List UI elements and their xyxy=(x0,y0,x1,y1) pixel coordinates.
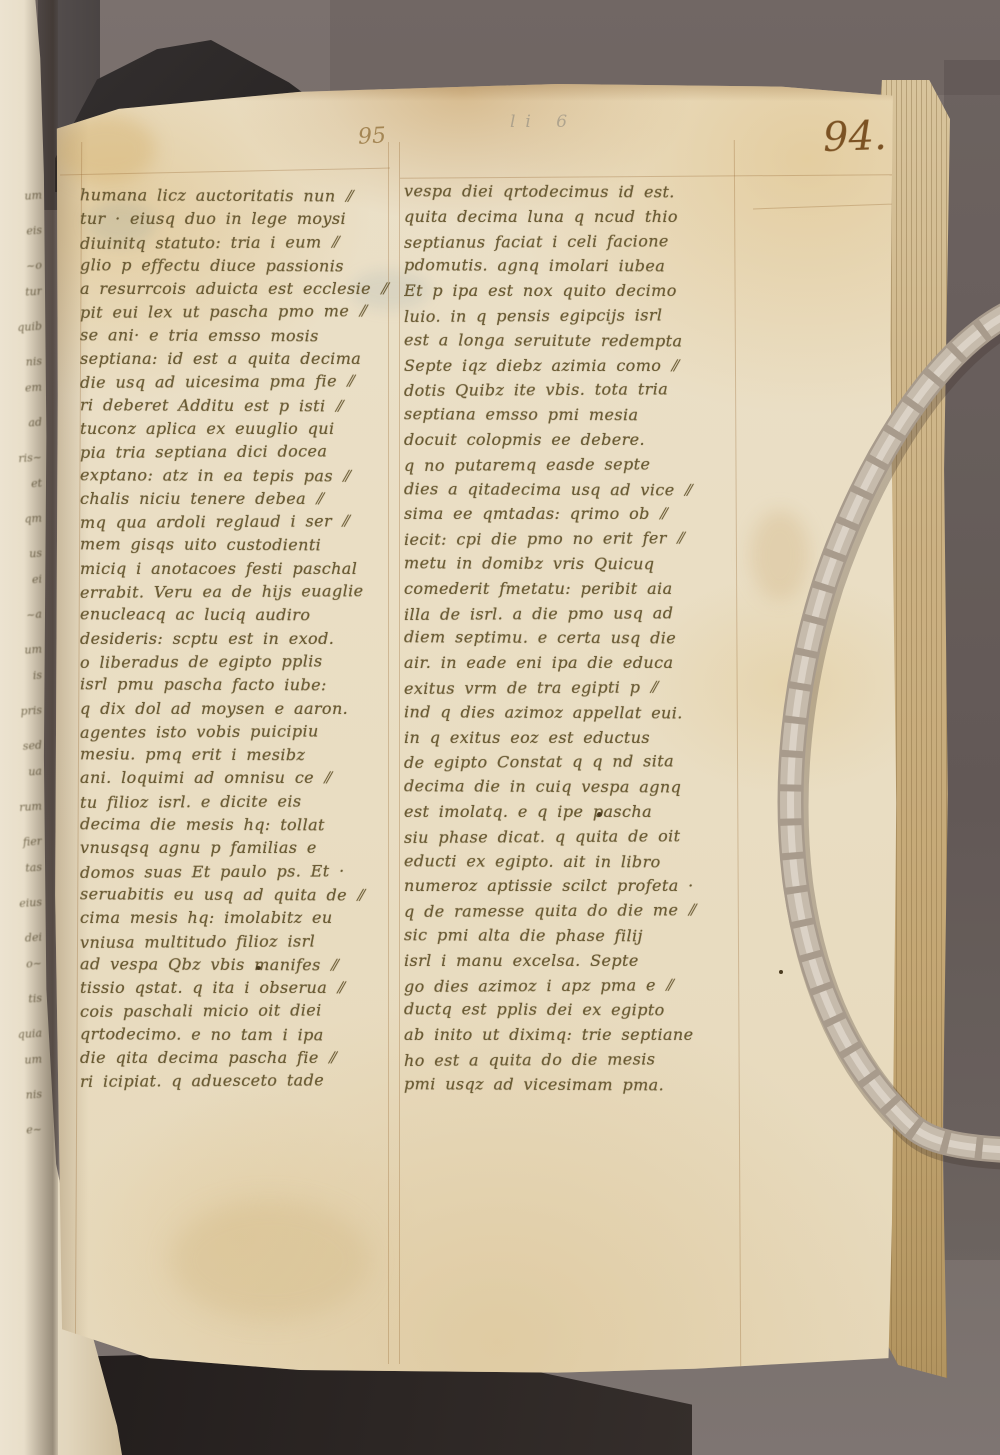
manuscript-text-line: sima ee qmtadas: qrimo ob ⫽ xyxy=(404,502,742,527)
ruling-intercolumn-b xyxy=(399,142,400,1364)
manuscript-text-line: diem septimu. e certa usq die xyxy=(404,626,742,652)
manuscript-text-line: a resurrcois aduicta est ecclesie ⫽ xyxy=(80,277,396,300)
manuscript-text-line: cima mesis hq: imolabitz eu xyxy=(80,906,396,929)
manuscript-text-line: septiana emsso pmi mesia xyxy=(404,402,742,428)
manuscript-text-line: diuinitq statuto: tria i eum ⫽ xyxy=(80,230,396,255)
manuscript-text-line: air. in eade eni ipa die educa xyxy=(404,651,742,676)
manuscript-text-line: ab inito ut diximq: trie septiane xyxy=(404,1023,742,1048)
manuscript-text-line: pmi usqz ad vicesimam pma. xyxy=(404,1072,742,1098)
manuscript-text-line: seruabitis eu usq ad quita de ⫽ xyxy=(80,882,396,907)
showthrough-stain xyxy=(86,200,156,246)
manuscript-text-line: chalis niciu tenere debea ⫽ xyxy=(80,487,396,510)
manuscript-text-line: tuconz aplica ex euuglio qui xyxy=(80,417,396,440)
manuscript-text-line: ho est a quita do die mesis xyxy=(404,1047,742,1074)
manuscript-text-line: educti ex egipto. ait in libro xyxy=(404,849,742,875)
manuscript-text-line: decima die mesis hq: tollat xyxy=(80,812,396,837)
folio-number: 94. xyxy=(822,113,887,161)
backdrop-shadow-right xyxy=(944,60,1000,1260)
manuscript-text-line: pdomutis. agnq imolari iubea xyxy=(404,254,742,280)
manuscript-text-line: pit eui lex ut pascha pmo me ⫽ xyxy=(80,300,396,325)
ruling-left-margin xyxy=(75,142,82,1364)
manuscript-text-line: ani. loquimi ad omnisu ce ⫽ xyxy=(80,766,396,789)
manuscript-text-line: die qita decima pascha fie ⫽ xyxy=(80,1046,396,1069)
manuscript-text-line: vnusqsq agnu p familias e xyxy=(80,836,396,859)
quire-mark: 95 xyxy=(357,123,386,149)
manuscript-text-line: iecit: cpi die pmo no erit fer ⫽ xyxy=(404,526,742,553)
manuscript-text-line: glio p effectu diuce passionis xyxy=(80,253,396,278)
manuscript-text-line: septiana: id est a quita decima xyxy=(80,347,396,370)
manuscript-text-line: tu filioz isrl. e dicite eis xyxy=(80,789,396,814)
ink-blot xyxy=(256,966,261,970)
manuscript-text-line: ad vespa Qbz vbis manifes ⫽ xyxy=(80,952,396,977)
manuscript-text-line: comederit fmetatu: peribit aia xyxy=(404,577,742,602)
manuscript-text-line: enucleacq ac luciq audiro xyxy=(80,603,396,628)
manuscript-text-line: o liberadus de egipto pplis xyxy=(80,649,396,674)
manuscript-text-line: mem gisqs uito custodienti xyxy=(80,533,396,558)
manuscript-text-line: ind q dies azimoz appellat eui. xyxy=(404,700,742,726)
manuscript-text-line: decima die in cuiq vespa agnq xyxy=(404,774,742,800)
manuscript-text-line: illa de isrl. a die pmo usq ad xyxy=(404,601,742,628)
lower-stain xyxy=(170,1200,370,1320)
manuscript-text-line: qrtodecimo. e no tam i ipa xyxy=(80,1022,396,1047)
manuscript-text-line: q no putaremq easde septe xyxy=(404,452,742,479)
margin-stain xyxy=(750,510,810,600)
manuscript-text-line: numeroz aptissie scilct profeta · xyxy=(404,874,742,899)
manuscript-text-line: est a longa seruitute redempta xyxy=(404,328,742,354)
manuscript-text-line: q de ramesse quita do die me ⫽ xyxy=(404,898,742,925)
manuscript-text-line: exitus vrm de tra egipti p ⫽ xyxy=(404,675,742,702)
manuscript-text-line: errabit. Veru ea de hijs euaglie xyxy=(80,579,396,604)
manuscript-text-line: in q exitus eoz est eductus xyxy=(404,726,742,751)
manuscript-text-line: docuit colopmis ee debere. xyxy=(404,428,742,453)
manuscript-text-line: agentes isto vobis puicipiu xyxy=(80,719,396,744)
manuscript-text-line: ductq est pplis dei ex egipto xyxy=(404,998,742,1024)
manuscript-text-line: tissio qstat. q ita i obserua ⫽ xyxy=(80,976,396,999)
manuscript-text-line: se ani· e tria emsso mosis xyxy=(80,323,396,348)
manuscript-text-line: de egipto Constat q q nd sita xyxy=(404,749,742,776)
manuscript-text-line: sic pmi alta die phase filij xyxy=(404,923,742,949)
manuscript-text-line: Et p ipa est nox quito decimo xyxy=(404,279,742,304)
manuscript-text-line: vespa diei qrtodecimus id est. xyxy=(404,179,742,205)
manuscript-text-line: go dies azimoz i apz pma e ⫽ xyxy=(404,972,742,999)
manuscript-text-line: quita decima luna q ncud thio xyxy=(404,205,742,230)
ink-blot xyxy=(597,812,602,817)
manuscript-text-line: isrl i manu excelsa. Septe xyxy=(404,949,742,974)
manuscript-text-line: ri deberet Additu est p isti ⫽ xyxy=(80,393,396,418)
faint-header-mark: li 6 xyxy=(510,112,577,132)
manuscript-page: 95 li 6 94. humana licz auctoritatis nun… xyxy=(50,80,910,1395)
corner-stain xyxy=(56,114,156,184)
manuscript-text-line: dotis Quibz ite vbis. tota tria xyxy=(404,377,742,404)
manuscript-text-line: q dix dol ad moysen e aaron. xyxy=(80,697,396,720)
manuscript-text-line: exptano: atz in ea tepis pas ⫽ xyxy=(80,463,396,488)
manuscript-text-line: dies a qitadecima usq ad vice ⫽ xyxy=(404,477,742,503)
manuscript-text-line: domos suas Et paulo ps. Et · xyxy=(80,859,396,884)
manuscript-text-line: humana licz auctoritatis nun ⫽ xyxy=(80,183,396,208)
ruling-headline-left xyxy=(60,168,390,176)
manuscript-text-line: metu in domibz vris Quicuq xyxy=(404,551,742,577)
left-column: humana licz auctoritatis nun ⫽tur · eius… xyxy=(80,184,396,1093)
manuscript-text-line: mesiu. pmq erit i mesibz xyxy=(80,742,396,767)
manuscript-text-line: desideris: scptu est in exod. xyxy=(80,627,396,650)
ink-blot xyxy=(779,970,783,974)
manuscript-text-line: mq qua ardoli reglaud i ser ⫽ xyxy=(80,509,396,534)
ruling-under-folio-number xyxy=(753,204,893,210)
manuscript-text-line: tur · eiusq duo in lege moysi xyxy=(80,207,396,230)
manuscript-text-line: vniusa multitudo filioz isrl xyxy=(80,929,396,954)
ruling-right-margin xyxy=(734,140,741,1370)
manuscript-text-line: luio. in q pensis egipcijs isrl xyxy=(404,303,742,330)
ruling-intercolumn-a xyxy=(388,142,389,1364)
manuscript-text-line: pia tria septiana dici docea xyxy=(80,439,396,464)
manuscript-text-line: miciq i anotacoes festi paschal xyxy=(80,557,396,580)
manuscript-text-line: isrl pmu pascha facto iube: xyxy=(80,673,396,698)
manuscript-text-line: est imolatq. e q ipe pascha xyxy=(404,800,742,825)
right-column: vespa diei qrtodecimus id est.quita deci… xyxy=(404,180,742,1097)
manuscript-text-line: siu phase dicat. q quita de oit xyxy=(404,824,742,851)
manuscript-text-line: die usq ad uicesima pma fie ⫽ xyxy=(80,369,396,394)
manuscript-text-line: Septe iqz diebz azimia como ⫽ xyxy=(404,354,742,379)
gutter-shadow xyxy=(24,0,58,1455)
manuscript-text-line: septianus faciat i celi facione xyxy=(404,229,742,256)
showthrough-stain xyxy=(350,270,430,310)
ruling-headline-right xyxy=(400,174,892,178)
manuscript-text-line: ri icipiat. q aduesceto tade xyxy=(80,1068,396,1093)
photo-stage: umeis~oturquibnisemadris~etqmusei~aumisp… xyxy=(0,0,1000,1455)
manuscript-text-line: cois paschali micio oit diei xyxy=(80,998,396,1023)
